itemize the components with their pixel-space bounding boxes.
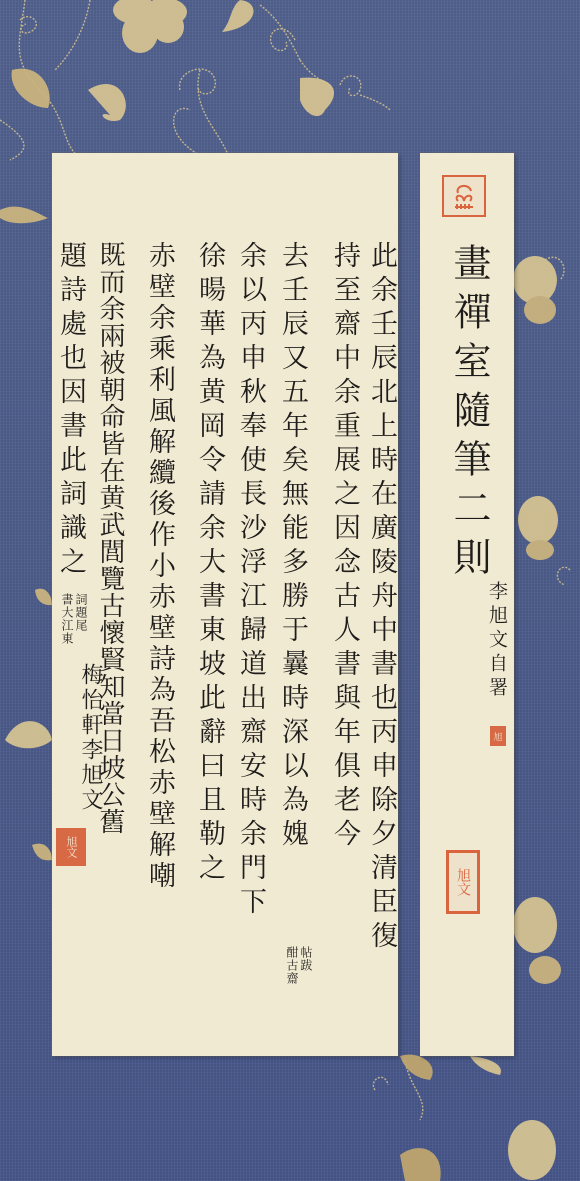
text-column-8: 題詩處也因書此詞識之 [53, 241, 87, 581]
text-column-1: 此余壬辰北上時在廣陵舟中書也丙申除夕清臣復 [364, 241, 398, 955]
note-column-8a: 書大江東 [60, 593, 73, 645]
note-column-8b: 詞題尾 [74, 593, 87, 632]
text-column-6: 赤壁余乘利風解纜後作小赤壁詩為吾松赤壁解嘲 [142, 241, 176, 892]
main-text-panel: 此余壬辰北上時在廣陵舟中書也丙申除夕清臣復 持至齋中余重展之因念古人書與年俱老今… [52, 153, 398, 1056]
note-column-3b: 帖跋 [299, 946, 312, 972]
signature-seal: 旭文 [56, 828, 86, 866]
small-seal-glyph: 旭 [493, 730, 502, 743]
seal-figure-icon [449, 181, 479, 211]
bottom-seal: 旭文 [446, 850, 480, 914]
bottom-seal-glyph: 旭文 [453, 868, 473, 896]
text-column-4: 余以丙申秋奉使長沙浮江歸道出齋安時余門下 [233, 241, 267, 921]
note-column-3a: 酣古齋 [285, 946, 298, 985]
artwork-title: 畫禪室隨筆二則 [442, 243, 497, 586]
text-column-2: 持至齋中余重展之因念古人書與年俱老今 [327, 241, 361, 853]
signature: 梅怡軒李旭文 [75, 663, 106, 813]
title-panel: 畫禪室隨筆二則 李旭文自署 旭 旭文 [420, 153, 514, 1056]
seal-glyph: 旭文 [63, 836, 79, 858]
small-seal: 旭 [490, 726, 506, 746]
top-seal [442, 175, 486, 217]
text-column-5: 徐暘華為黄岡令請余大書東坡此辭曰且勒之 [192, 241, 226, 887]
text-column-3: 去壬辰又五年矣無能多勝于曩時深以為媿 [275, 241, 309, 853]
title-byline: 李旭文自署 [484, 581, 511, 701]
